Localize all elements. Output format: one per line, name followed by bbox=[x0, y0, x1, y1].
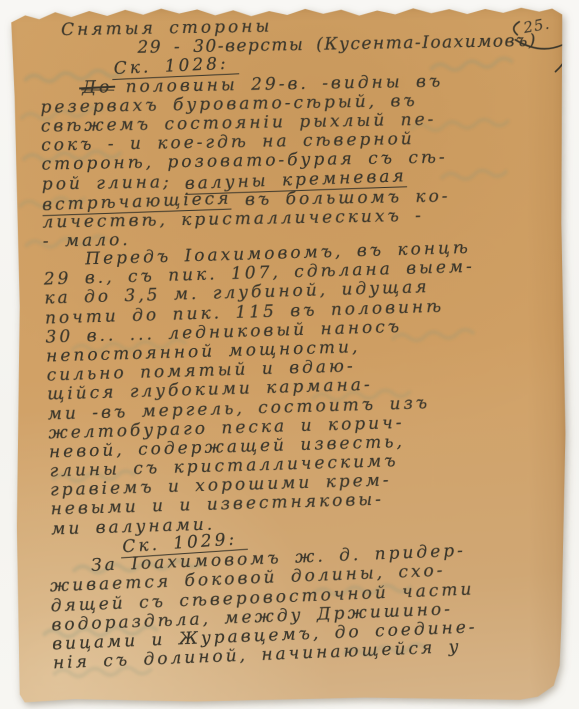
paragraph-1: До половины 29-в. -видны въ резервахъ бу… bbox=[40, 70, 558, 252]
aged-paper-sheet: 25. Снятыя стороны 29 - 30-версты (Кусен… bbox=[11, 4, 568, 706]
manuscript-page: 25. Снятыя стороны 29 - 30-версты (Кусен… bbox=[11, 4, 568, 706]
paragraph-3: Ск. 1029: За Іоахимовомъ ж. д. придер- ж… bbox=[48, 519, 568, 674]
handwriting-layer: Снятыя стороны 29 - 30-версты (Кусента-І… bbox=[39, 13, 565, 674]
struck-word: До bbox=[82, 78, 112, 98]
paragraph-2: Передъ Іоахимовомъ, въ концѣ 29 в., съ п… bbox=[43, 236, 566, 539]
heading-block: Снятыя стороны 29 - 30-версты (Кусента-І… bbox=[39, 13, 555, 80]
